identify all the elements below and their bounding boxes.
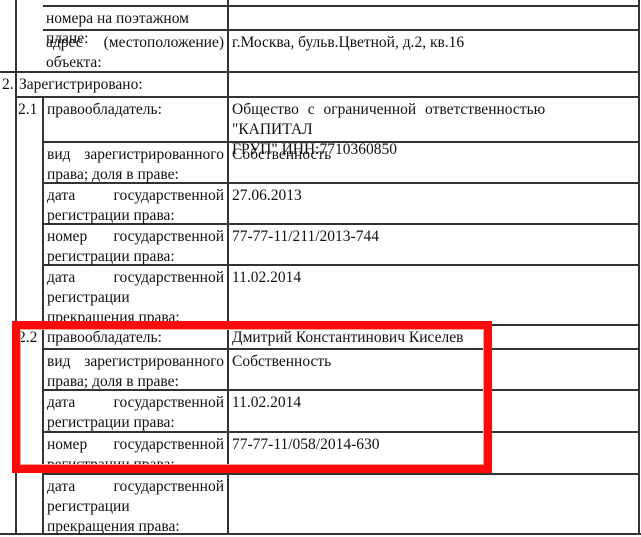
label-word: дата — [47, 268, 75, 288]
section-2-title: Зарегистрировано: — [16, 73, 227, 95]
col-divider — [15, 0, 17, 72]
label-word: адрес — [46, 33, 83, 53]
entry-2-1-end-date-value: 11.02.2014 — [229, 266, 638, 288]
label-word: государственной — [114, 186, 224, 206]
entry-2-2-end-date-label: датагосударственной регистрации прекраще… — [44, 475, 227, 537]
label-word: зарегистрированного — [84, 145, 224, 165]
extract-document-page: номера на поэтажном плане: адрес(местопо… — [0, 0, 641, 537]
entry-2-1-reg-number-label: номергосударственной регистрации права: — [44, 225, 227, 267]
value-line: Общество с ограниченной ответственностью… — [232, 100, 633, 140]
entry-2-1-number: 2.1 — [16, 98, 43, 120]
label-word: номер — [47, 227, 87, 247]
label-word: государственной — [114, 227, 224, 247]
label-word: (местоположение) — [104, 33, 224, 53]
entry-2-1-reg-date-label: датагосударственной регистрации права: — [44, 184, 227, 226]
label-line: объекта: — [46, 53, 224, 73]
section-2-number: 2. — [0, 73, 16, 95]
floor-plan-value — [229, 7, 638, 9]
label-word: вид — [47, 145, 71, 165]
entry-2-1-right-type-value: Собственность — [229, 143, 638, 165]
label-line: регистрации — [47, 497, 224, 517]
label-line: регистрации права: — [47, 206, 224, 226]
address-label: адрес(местоположение) объекта: — [43, 31, 227, 73]
label-line: регистрации — [47, 288, 224, 308]
label-word: государственной — [114, 268, 224, 288]
entry-2-1-reg-number-value: 77-77-11/211/2013-744 — [229, 225, 638, 247]
label-word: дата — [47, 186, 75, 206]
col-divider — [638, 0, 640, 535]
label-word: дата — [47, 477, 75, 497]
entry-2-1-reg-date-value: 27.06.2013 — [229, 184, 638, 206]
label-word: государственной — [114, 477, 224, 497]
entry-2-1-holder-label: правообладатель: — [44, 98, 227, 120]
label-line: прекращения права: — [47, 517, 224, 537]
label-line: регистрации права: — [47, 247, 224, 267]
entry-2-1-end-date-label: датагосударственной регистрации прекраще… — [44, 266, 227, 328]
address-value: г.Москва, бульв.Цветной, д.2, кв.16 — [229, 31, 638, 53]
entry-2-2-end-date-value — [229, 475, 638, 477]
entry-2-1-right-type-label: видзарегистрированного права; доля в пра… — [44, 143, 227, 185]
red-highlight-box — [12, 321, 492, 473]
label-line: права; доля в праве: — [47, 165, 224, 185]
